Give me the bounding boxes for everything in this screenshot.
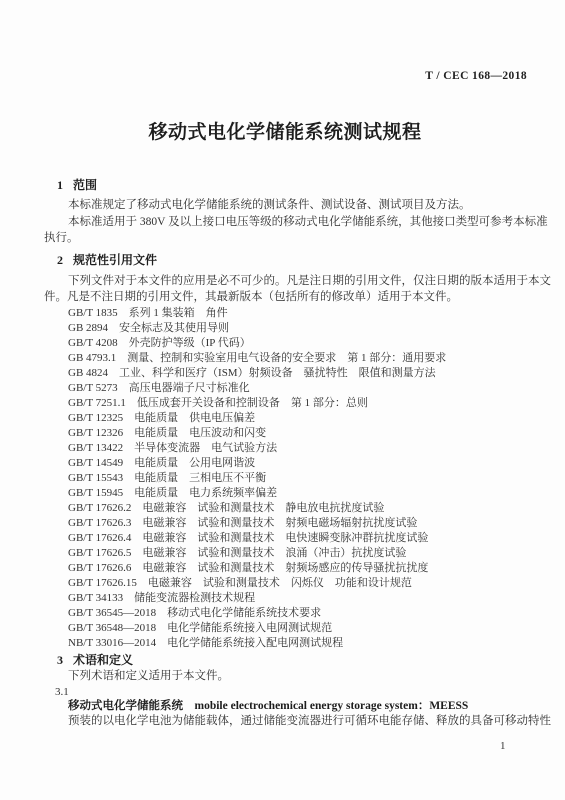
section-3-label: 术语和定义 <box>73 653 133 667</box>
reference-item: GB/T 1835 系列 1 集装箱 角件 <box>68 306 446 321</box>
section-1-label: 范围 <box>73 178 97 192</box>
reference-item: GB/T 17626.3 电磁兼容 试验和测量技术 射频电磁场辐射抗扰度试验 <box>68 516 446 531</box>
reference-item: GB/T 15543 电能质量 三相电压不平衡 <box>68 471 446 486</box>
reference-item: GB/T 36545—2018 移动式电化学储能系统技术要求 <box>68 606 446 621</box>
term-definition-title: 移动式电化学储能系统 mobile electrochemical energy… <box>68 700 468 713</box>
section-3-intro: 下列术语和定义适用于本文件。 <box>44 670 229 683</box>
reference-item: NB/T 33016—2014 电化学储能系统接入配电网测试规程 <box>68 636 446 651</box>
reference-item: GB 2894 安全标志及其使用导则 <box>68 321 446 336</box>
section-2-heading: 2规范性引用文件 <box>57 251 157 268</box>
section-2-intro-line-2: 件。凡是不注日期的引用文件，其最新版本（包括所有的修改单）适用于本文件。 <box>44 291 458 304</box>
reference-item: GB/T 12326 电能质量 电压波动和闪变 <box>68 426 446 441</box>
reference-item: GB/T 17626.15 电磁兼容 试验和测量技术 闪烁仪 功能和设计规范 <box>68 576 446 591</box>
reference-item: GB/T 13422 半导体变流器 电气试验方法 <box>68 441 446 456</box>
reference-item: GB/T 5273 高压电器端子尺寸标准化 <box>68 381 446 396</box>
document-page: T / CEC 168—2018 移动式电化学储能系统测试规程 1范围 本标准规… <box>0 0 565 800</box>
reference-item: GB/T 17626.5 电磁兼容 试验和测量技术 浪涌（冲击）抗扰度试验 <box>68 546 446 561</box>
page-title: 移动式电化学储能系统测试规程 <box>43 117 527 144</box>
reference-item: GB/T 4208 外壳防护等级（IP 代码） <box>68 336 446 351</box>
section-2-number: 2 <box>57 253 73 268</box>
section-2-label: 规范性引用文件 <box>73 253 157 267</box>
section-3-heading: 3术语和定义 <box>57 651 133 668</box>
references-list: GB/T 1835 系列 1 集装箱 角件GB 2894 安全标志及其使用导则G… <box>68 306 446 651</box>
term-definition-body: 预装的以电化学电池为储能载体，通过储能变流器进行可循环电能存储、释放的具备可移动… <box>68 715 551 728</box>
reference-item: GB/T 17626.4 电磁兼容 试验和测量技术 电快速瞬变脉冲群抗扰度试验 <box>68 531 446 546</box>
clause-number-3-1: 3.1 <box>55 686 69 698</box>
section-1-paragraph-2-line-1: 本标准适用于 380V 及以上接口电压等级的移动式电化学储能系统，其他接口类型可… <box>44 216 548 229</box>
header-doc-code: T / CEC 168—2018 <box>425 70 527 82</box>
reference-item: GB/T 17626.6 电磁兼容 试验和测量技术 射频场感应的传导骚扰抗扰度 <box>68 561 446 576</box>
reference-item: GB/T 36548—2018 电化学储能系统接入电网测试规范 <box>68 621 446 636</box>
section-1-paragraph-2-line-2: 执行。 <box>44 232 79 245</box>
reference-item: GB/T 14549 电能质量 公用电网谐波 <box>68 456 446 471</box>
section-1-paragraph-1: 本标准规定了移动式电化学储能系统的测试条件、测试设备、测试项目及方法。 <box>44 199 471 212</box>
reference-item: GB/T 15945 电能质量 电力系统频率偏差 <box>68 486 446 501</box>
reference-item: GB 4793.1 测量、控制和实验室用电气设备的安全要求 第 1 部分：通用要… <box>68 351 446 366</box>
section-1-number: 1 <box>57 178 73 193</box>
reference-item: GB/T 12325 电能质量 供电电压偏差 <box>68 411 446 426</box>
reference-item: GB/T 7251.1 低压成套开关设备和控制设备 第 1 部分：总则 <box>68 396 446 411</box>
section-3-number: 3 <box>57 653 73 668</box>
page-number: 1 <box>500 740 506 752</box>
reference-item: GB 4824 工业、科学和医疗（ISM）射频设备 骚扰特性 限值和测量方法 <box>68 366 446 381</box>
section-1-heading: 1范围 <box>57 176 97 193</box>
reference-item: GB/T 34133 储能变流器检测技术规程 <box>68 591 446 606</box>
section-2-intro-line-1: 下列文件对于本文件的应用是必不可少的。凡是注日期的引用文件，仅注日期的版本适用于… <box>44 275 551 288</box>
reference-item: GB/T 17626.2 电磁兼容 试验和测量技术 静电放电抗扰度试验 <box>68 501 446 516</box>
